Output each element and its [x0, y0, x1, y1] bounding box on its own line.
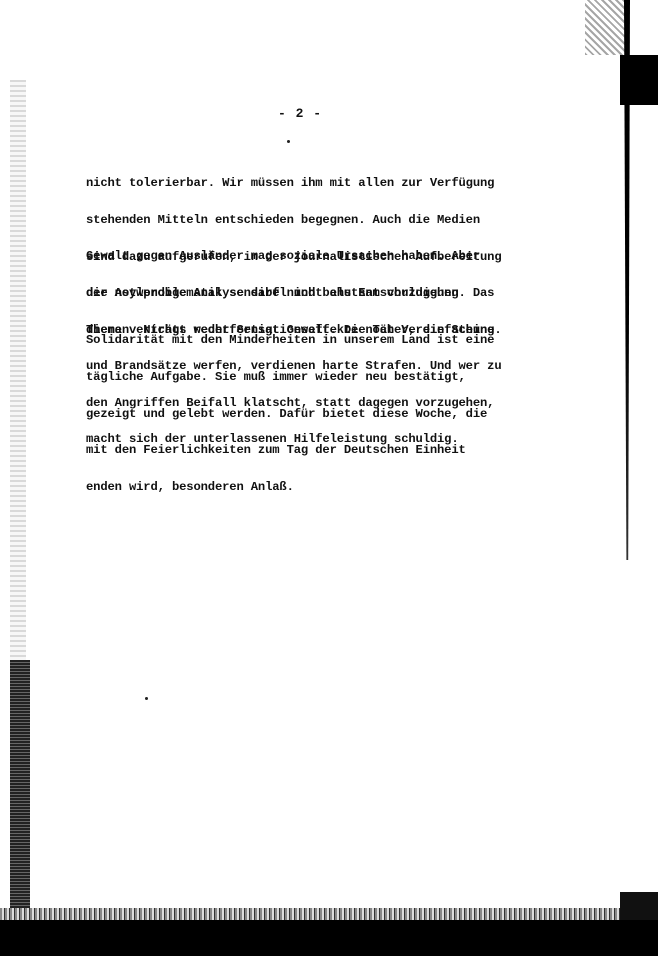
- paragraph-3: Solidarität mit den Minderheiten in unse…: [86, 310, 546, 505]
- text-line: mit den Feierlichkeiten zum Tag der Deut…: [86, 444, 546, 456]
- text-line: nicht tolerierbar. Wir müssen ihm mit al…: [86, 177, 546, 189]
- text-line: enden wird, besonderen Anlaß.: [86, 481, 546, 493]
- text-line: die notwendige Analyse darf nicht als En…: [86, 287, 546, 299]
- text-line: gezeigt und gelebt werden. Dafür bietet …: [86, 408, 546, 420]
- scan-edge-right-block: [620, 55, 658, 105]
- scan-edge-bottom: [0, 920, 658, 956]
- text-line: Solidarität mit den Minderheiten in unse…: [86, 334, 546, 346]
- scan-dot: [287, 140, 290, 143]
- text-line: Gewalt gegen Ausländer mag soziale Ursac…: [86, 250, 546, 262]
- scan-dot: [145, 697, 148, 700]
- page-number: - 2 -: [278, 106, 322, 121]
- text-line: tägliche Aufgabe. Sie muß immer wieder n…: [86, 371, 546, 383]
- scan-edge-left-dark: [10, 660, 30, 920]
- text-line: stehenden Mitteln entschieden begegnen. …: [86, 214, 546, 226]
- scan-speckle-top-right: [585, 0, 625, 55]
- scan-edge-bottom-right: [620, 892, 658, 920]
